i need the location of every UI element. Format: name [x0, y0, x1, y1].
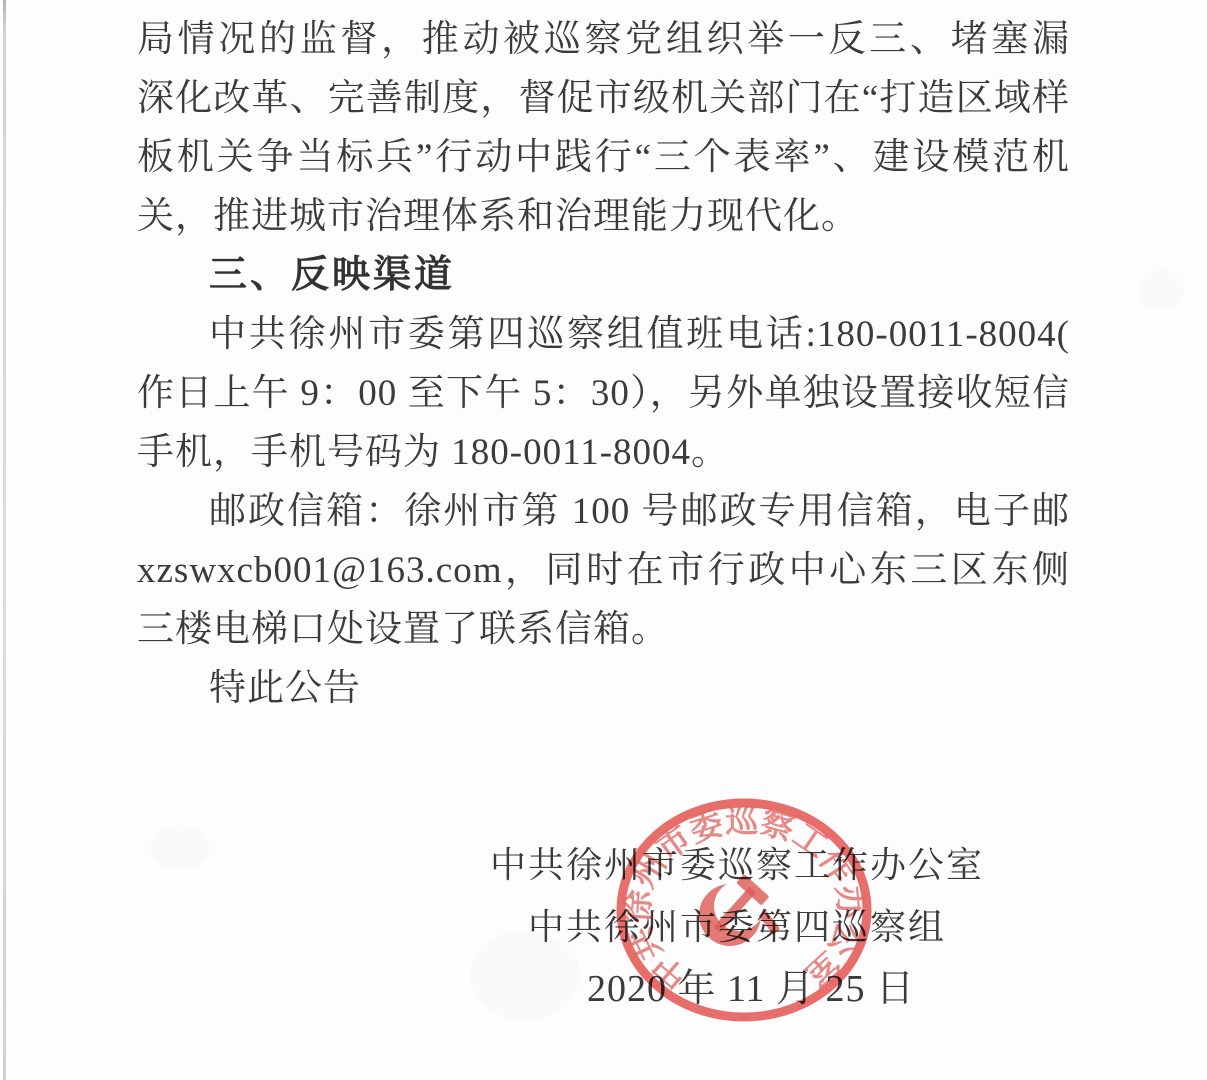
body-line-11: 三楼电梯口处设置了联系信箱。	[137, 600, 1070, 659]
body-line-1: 局情况的监督，推动被巡察党组织举一反三、堵塞漏洞，	[137, 10, 1070, 69]
body-line-6: 中共徐州市委第四巡察组值班电话:180-0011-8004( 工	[137, 305, 1070, 364]
hammer-sickle-emblem-icon	[699, 874, 780, 946]
scan-edge-line	[3, 0, 6, 1080]
official-seal: 中共徐州市委巡察工作办公室	[609, 793, 879, 1033]
scanned-document-page: 局情况的监督，推动被巡察党组织举一反三、堵塞漏洞， 深化改革、完善制度，督促市级…	[0, 0, 1207, 1080]
body-line-7: 作日上午 9：00 至下午 5：30），另外单独设置接收短信	[137, 364, 1070, 423]
body-line-4: 关，推进城市治理体系和治理能力现代化。	[137, 187, 1070, 246]
body-line-3: 板机关争当标兵”行动中践行“三个表率”、建设模范机	[137, 128, 1070, 187]
body-line-9: 邮政信箱：徐州市第 100 号邮政专用信箱，电子邮箱：	[137, 482, 1070, 541]
body-line-2: 深化改革、完善制度，督促市级机关部门在“打造区域样	[137, 69, 1070, 128]
scan-smudge	[1138, 270, 1184, 310]
body-line-8: 手机，手机号码为 180-0011-8004。	[137, 423, 1070, 482]
section-heading: 三、反映渠道	[137, 246, 1070, 305]
body-line-10: xzswxcb001@163.com，同时在市行政中心东三区东侧电梯	[137, 541, 1070, 600]
document-body: 局情况的监督，推动被巡察党组织举一反三、堵塞漏洞， 深化改革、完善制度，督促市级…	[137, 10, 1070, 718]
closing-line: 特此公告	[137, 659, 1070, 718]
scan-smudge	[150, 825, 210, 870]
